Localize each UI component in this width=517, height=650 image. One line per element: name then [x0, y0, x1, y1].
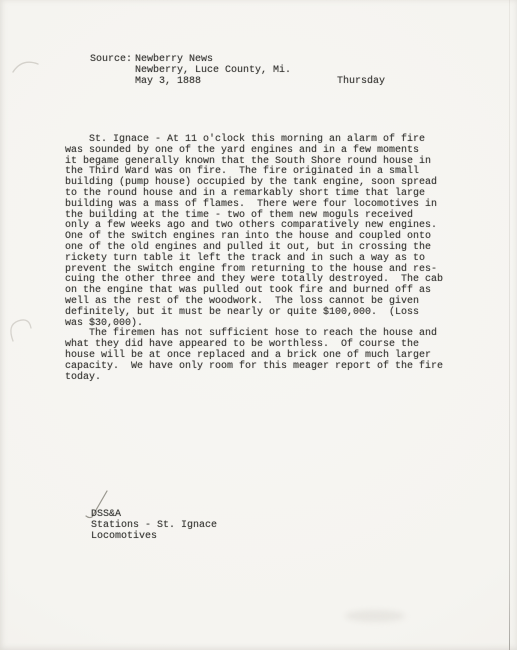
scan-paper-edge-line — [509, 0, 510, 650]
scanned-document-page: Source: Newberry News Newberry, Luce Cou… — [0, 0, 517, 650]
pencil-arc-mark-top — [10, 55, 42, 77]
source-details: Newberry News Newberry, Luce County, Mi.… — [135, 55, 291, 87]
weekday-label: Thursday — [337, 77, 385, 88]
pencil-arc-mark-middle — [5, 317, 37, 345]
index-notes: DSS&A Stations - St. Ignace Locomotives — [91, 510, 217, 542]
source-label: Source: — [90, 55, 132, 66]
scan-smudge — [345, 610, 405, 622]
article-text: St. Ignace - At 11 o'clock this morning … — [65, 135, 443, 383]
